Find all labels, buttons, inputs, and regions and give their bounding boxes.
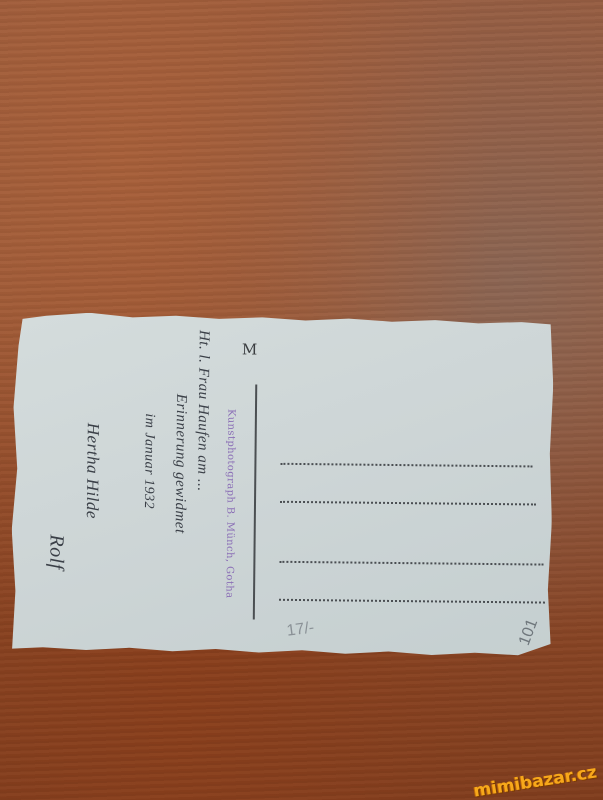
handwritten-line-1: Ht. l. Frau Haufen am ... — [193, 330, 212, 492]
pencil-price-mark: 17/- — [286, 619, 316, 640]
handwritten-line-4: Hertha Hilde — [82, 423, 103, 519]
address-line — [279, 599, 545, 604]
handwritten-signature: Rolf — [44, 534, 67, 570]
handwritten-line-3: im Januar 1932 — [140, 413, 157, 509]
publisher-stamp: Kunstphotograph B. Münch, Gotha — [223, 379, 237, 629]
address-line — [279, 561, 543, 566]
postcard-divider-line — [253, 385, 257, 620]
handwritten-line-2: Erinnerung gewidmet — [171, 394, 189, 534]
address-line — [280, 501, 536, 506]
address-line — [280, 463, 532, 468]
publisher-logo-icon: M — [242, 340, 258, 358]
pencil-number-mark: 101 — [516, 617, 542, 648]
postcard-back: M Kunstphotograph B. Münch, Gotha Ht. l.… — [10, 312, 554, 658]
